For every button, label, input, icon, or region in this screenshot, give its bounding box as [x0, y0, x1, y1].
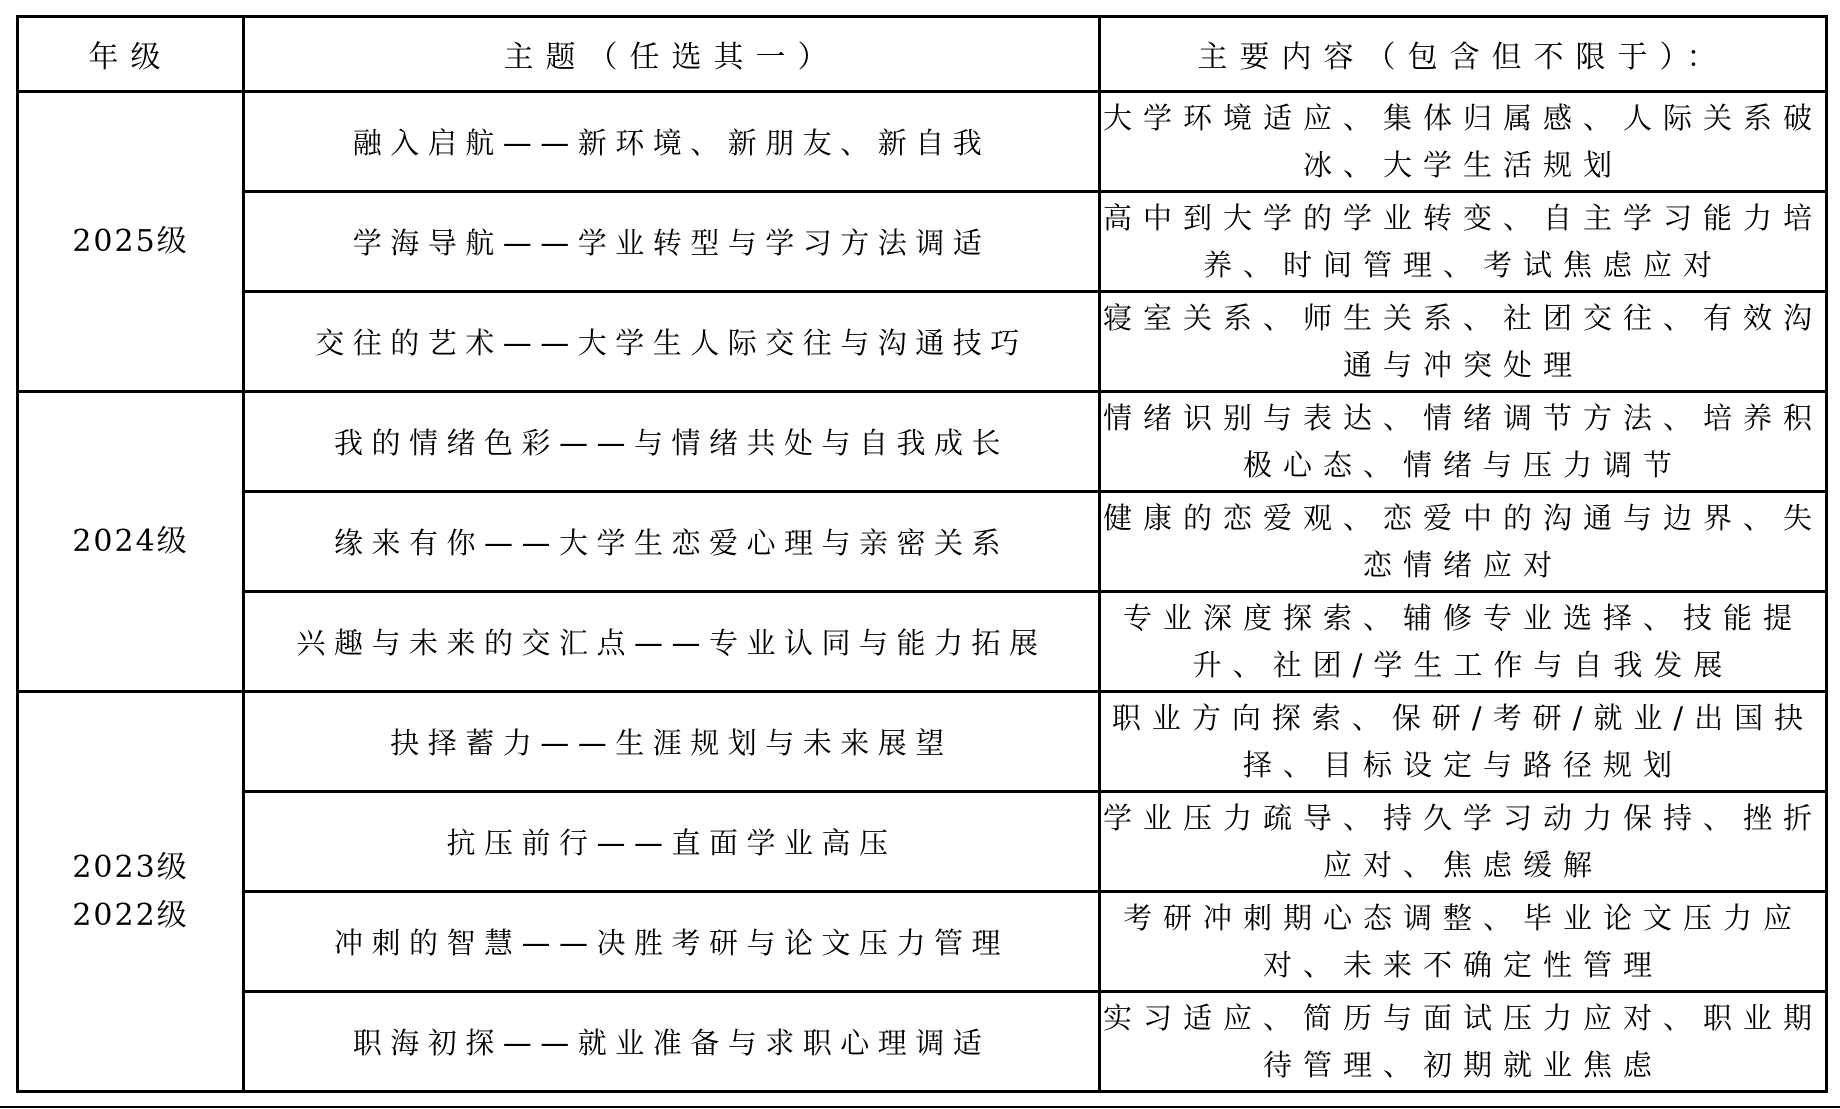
- content-cell: 寝室关系、师生关系、社团交往、有效沟通与冲突处理: [1100, 292, 1827, 392]
- content-cell: 专业深度探索、辅修专业选择、技能提升、社团/学生工作与自我发展: [1100, 592, 1827, 692]
- table-row: 兴趣与未来的交汇点——专业认同与能力拓展 专业深度探索、辅修专业选择、技能提升、…: [18, 592, 1827, 692]
- grade-cell: 2023级 2022级: [18, 692, 244, 1092]
- table-row: 冲刺的智慧——决胜考研与论文压力管理 考研冲刺期心态调整、毕业论文压力应对、未来…: [18, 892, 1827, 992]
- table-row: 2024级 我的情绪色彩——与情绪共处与自我成长 情绪识别与表达、情绪调节方法、…: [18, 392, 1827, 492]
- content-cell: 情绪识别与表达、情绪调节方法、培养积极心态、情绪与压力调节: [1100, 392, 1827, 492]
- topic-cell: 我的情绪色彩——与情绪共处与自我成长: [244, 392, 1100, 492]
- table-row: 交往的艺术——大学生人际交往与沟通技巧 寝室关系、师生关系、社团交往、有效沟通与…: [18, 292, 1827, 392]
- content-cell: 职业方向探索、保研/考研/就业/出国抉择、目标设定与路径规划: [1100, 692, 1827, 792]
- content-cell: 大学环境适应、集体归属感、人际关系破冰、大学生活规划: [1100, 92, 1827, 192]
- topic-cell: 兴趣与未来的交汇点——专业认同与能力拓展: [244, 592, 1100, 692]
- topic-cell: 缘来有你——大学生恋爱心理与亲密关系: [244, 492, 1100, 592]
- page-divider: [0, 1106, 1840, 1108]
- table-row: 职海初探——就业准备与求职心理调适 实习适应、简历与面试压力应对、职业期待管理、…: [18, 992, 1827, 1092]
- topic-cell: 融入启航——新环境、新朋友、新自我: [244, 92, 1100, 192]
- grade-cell: 2025级: [18, 92, 244, 392]
- header-topic: 主题（任选其一）: [244, 17, 1100, 92]
- grade-label: 2024级: [19, 518, 242, 566]
- content-cell: 学业压力疏导、持久学习动力保持、挫折应对、焦虑缓解: [1100, 792, 1827, 892]
- table-row: 抗压前行——直面学业高压 学业压力疏导、持久学习动力保持、挫折应对、焦虑缓解: [18, 792, 1827, 892]
- theme-table: 年级 主题（任选其一） 主要内容（包含但不限于）： 2025级 融入启航——新环…: [16, 15, 1828, 1093]
- table-header-row: 年级 主题（任选其一） 主要内容（包含但不限于）：: [18, 17, 1827, 92]
- table-row: 2025级 融入启航——新环境、新朋友、新自我 大学环境适应、集体归属感、人际关…: [18, 92, 1827, 192]
- grade-label: 2025级: [19, 218, 242, 266]
- grade-cell: 2024级: [18, 392, 244, 692]
- table-row: 2023级 2022级 抉择蓄力——生涯规划与未来展望 职业方向探索、保研/考研…: [18, 692, 1827, 792]
- header-content: 主要内容（包含但不限于）：: [1100, 17, 1827, 92]
- content-cell: 健康的恋爱观、恋爱中的沟通与边界、失恋情绪应对: [1100, 492, 1827, 592]
- topic-cell: 交往的艺术——大学生人际交往与沟通技巧: [244, 292, 1100, 392]
- topic-cell: 学海导航——学业转型与学习方法调适: [244, 192, 1100, 292]
- topic-cell: 抉择蓄力——生涯规划与未来展望: [244, 692, 1100, 792]
- table-row: 缘来有你——大学生恋爱心理与亲密关系 健康的恋爱观、恋爱中的沟通与边界、失恋情绪…: [18, 492, 1827, 592]
- content-cell: 实习适应、简历与面试压力应对、职业期待管理、初期就业焦虑: [1100, 992, 1827, 1092]
- content-cell: 考研冲刺期心态调整、毕业论文压力应对、未来不确定性管理: [1100, 892, 1827, 992]
- grade-label: 2022级: [19, 892, 242, 940]
- header-grade: 年级: [18, 17, 244, 92]
- topic-cell: 冲刺的智慧——决胜考研与论文压力管理: [244, 892, 1100, 992]
- content-cell: 高中到大学的学业转变、自主学习能力培养、时间管理、考试焦虑应对: [1100, 192, 1827, 292]
- table-row: 学海导航——学业转型与学习方法调适 高中到大学的学业转变、自主学习能力培养、时间…: [18, 192, 1827, 292]
- grade-label: 2023级: [19, 844, 242, 892]
- topic-cell: 职海初探——就业准备与求职心理调适: [244, 992, 1100, 1092]
- topic-cell: 抗压前行——直面学业高压: [244, 792, 1100, 892]
